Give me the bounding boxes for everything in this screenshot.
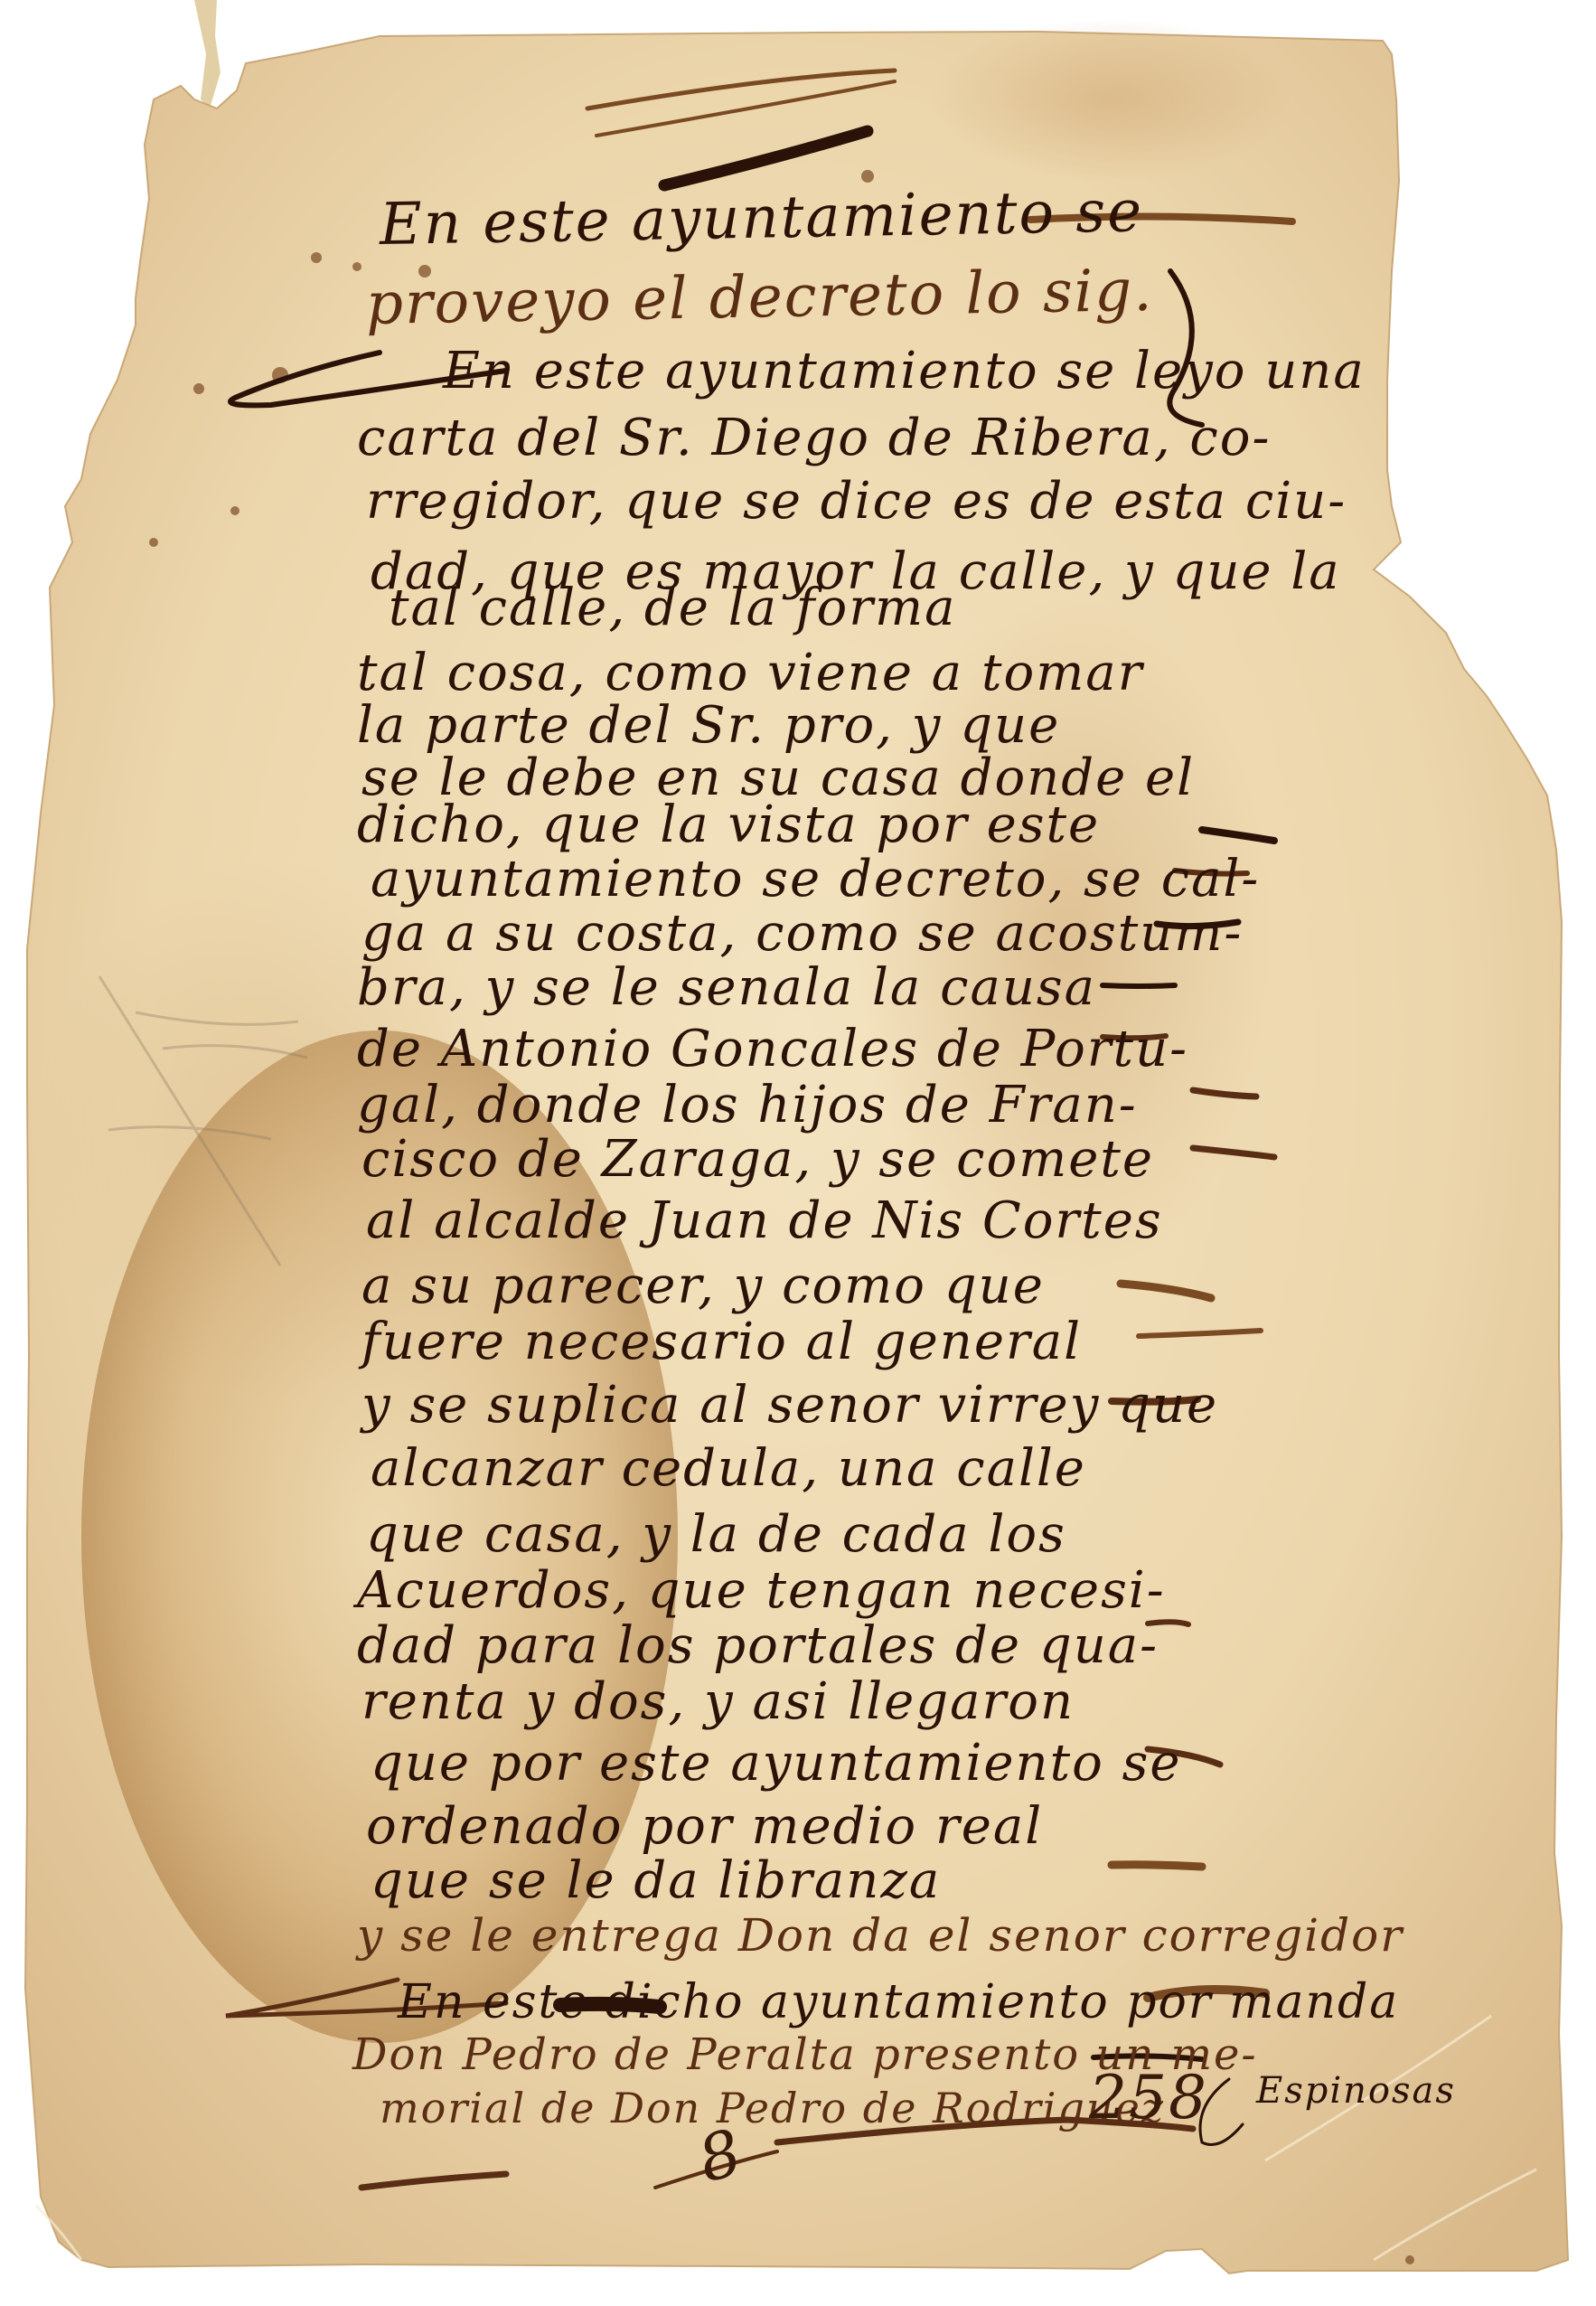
body-line-26: ordenado por medio real — [366, 1797, 1043, 1856]
body-line-15: cisco de Zaraga, y se comete — [361, 1130, 1154, 1189]
body-line-14: gal, donde los hijos de Fran- — [357, 1076, 1138, 1134]
body-line-18: fuere necesario al general — [361, 1313, 1082, 1371]
body-line-17: a su parecer, y como que — [361, 1257, 1045, 1315]
body-line-20: alcanzar cedula, una calle — [371, 1439, 1086, 1498]
body-line-6: tal cosa, como viene a tomar — [357, 644, 1143, 702]
body-line-27: que se le da libranza — [371, 1851, 941, 1910]
body-line-28: y se le entrega Don da el senor corregid… — [357, 1909, 1404, 1962]
body-line-21: que casa, y la de cada los — [366, 1505, 1066, 1564]
signature-name: Espinosas — [1256, 2070, 1456, 2112]
body-line-2: carta del Sr. Diego de Ribera, co- — [357, 409, 1271, 467]
body-line-24: renta y dos, y asi llegaron — [361, 1672, 1075, 1731]
body-line-16: al alcalde Juan de Nis Cortes — [366, 1191, 1163, 1250]
heading-line-1: En este ayuntamiento se — [379, 178, 1143, 259]
body-line-9: dicho, que la vista por este — [357, 795, 1100, 854]
body-line-7: la parte del Sr. pro, y que — [357, 696, 1060, 755]
para2-line-3: morial de Don Pedro de Rodriguez — [380, 2084, 1165, 2132]
body-line-13: de Antonio Goncales de Portu- — [357, 1020, 1188, 1078]
body-line-25: que por este ayuntamiento se — [371, 1734, 1181, 1793]
body-line-5: tal calle, de la forma — [389, 579, 957, 637]
body-line-19: y se suplica al senor virrey que — [361, 1376, 1218, 1435]
body-line-3: rregidor, que se dice es de esta ciu- — [366, 472, 1347, 531]
body-line-22: Acuerdos, que tengan necesi- — [357, 1561, 1166, 1620]
body-line-12: bra, y se le senala la causa — [357, 958, 1096, 1017]
manuscript-text: En este ayuntamiento se proveyo el decre… — [0, 0, 1596, 2306]
body-line-11: ga a su costa, como se acostum- — [361, 904, 1243, 963]
manuscript-scan: En este ayuntamiento se proveyo el decre… — [0, 0, 1596, 2306]
heading-line-2: proveyo el decreto lo sig. — [365, 258, 1154, 338]
para2-line-1: En este dicho ayuntamiento por manda — [398, 1975, 1399, 2029]
body-line-10: ayuntamiento se decreto, se cal- — [371, 850, 1260, 908]
body-line-23: dad para los portales de qua- — [357, 1616, 1159, 1675]
signature-number: 258 — [1089, 2063, 1208, 2132]
body-line-1: En este ayuntamiento se leyo una — [443, 342, 1366, 400]
